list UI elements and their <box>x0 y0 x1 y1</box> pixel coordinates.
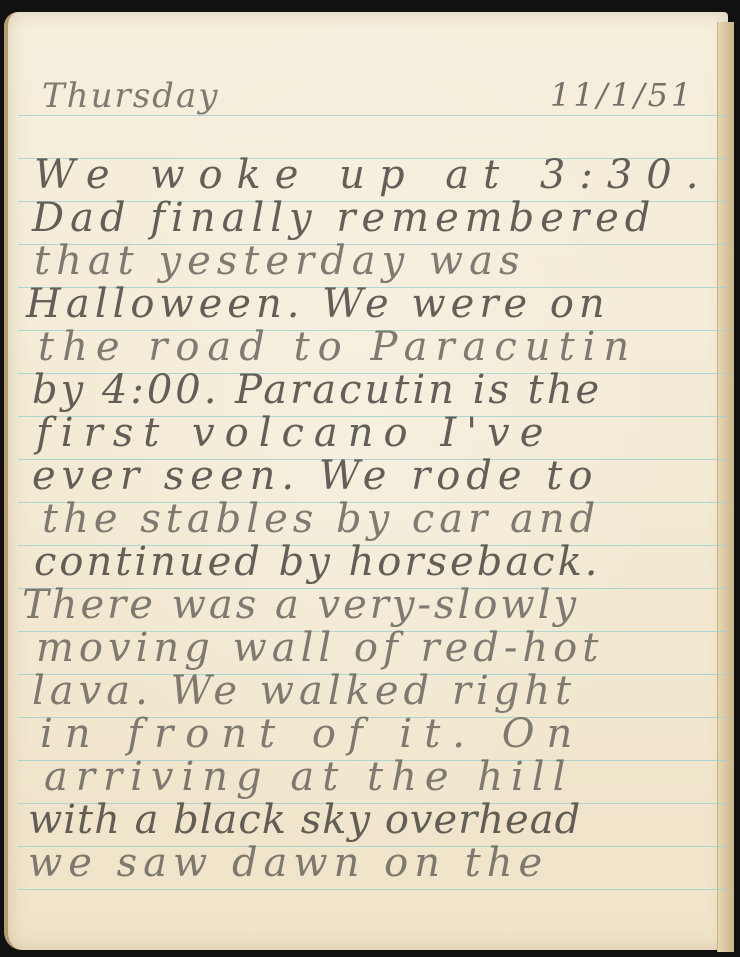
diary-date: 11/1/51 <box>550 76 694 114</box>
text-line: moving wall of red-hot <box>36 625 603 671</box>
text-line: that yesterday was <box>34 238 526 284</box>
text-line: Halloween. We were on <box>26 281 610 327</box>
text-line: by 4:00. Paracutin is the <box>32 367 602 413</box>
diary-page: Thursday 11/1/51 We woke up at 3:30. Dad… <box>4 12 728 950</box>
ruled-line <box>18 889 728 890</box>
text-line: Dad finally remembered <box>32 195 656 241</box>
page-edge <box>717 22 734 952</box>
text-line: There was a very-slowly <box>22 582 579 628</box>
text-line: we saw dawn on the <box>28 840 548 886</box>
text-line: arriving at the hill <box>44 754 573 800</box>
text-line: We woke up at 3:30. <box>34 152 712 198</box>
text-line: the stables by car and <box>42 496 600 542</box>
text-line: with a black sky overhead <box>28 797 581 843</box>
text-line: continued by horseback. <box>34 539 601 585</box>
text-line: the road to Paracutin <box>38 324 637 370</box>
text-line: first volcano I've <box>36 410 553 456</box>
diary-day: Thursday <box>42 76 219 116</box>
text-line: lava. We walked right <box>32 668 576 714</box>
text-line: in front of it. On <box>40 711 584 757</box>
text-line: ever seen. We rode to <box>32 453 598 499</box>
